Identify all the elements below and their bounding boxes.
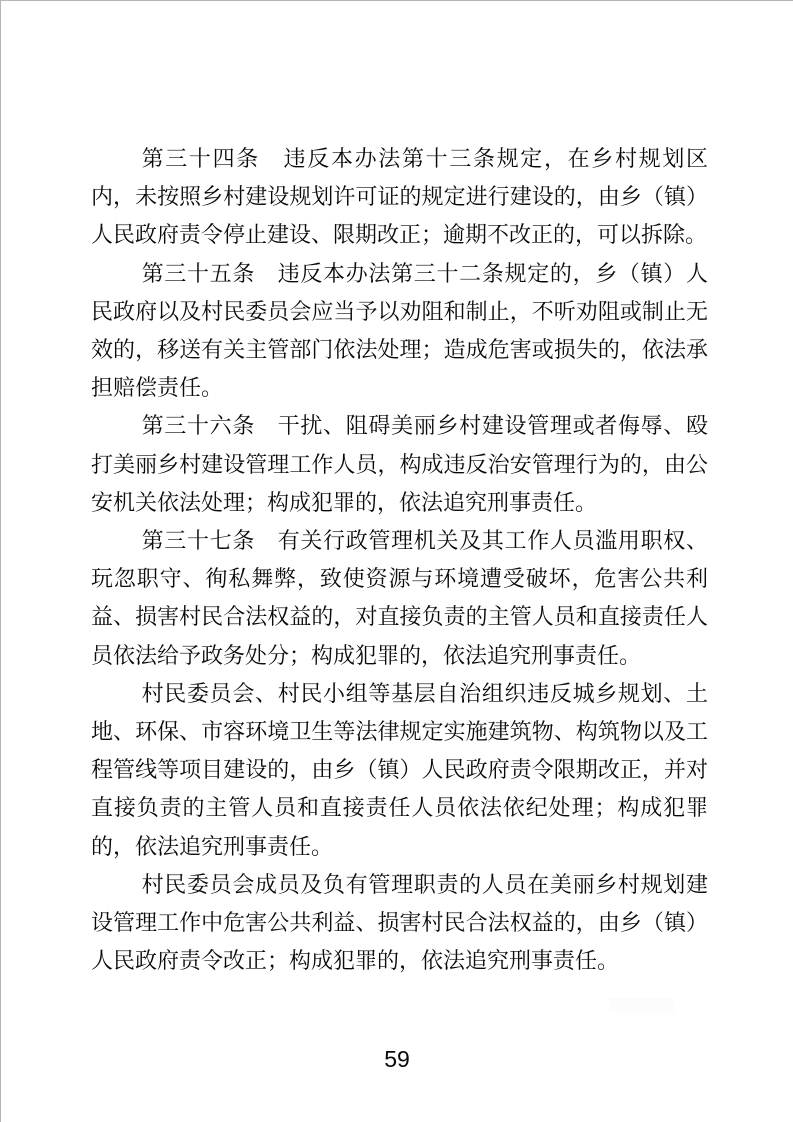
watermark-remnant xyxy=(609,998,674,1012)
page-number: 59 xyxy=(1,1047,793,1071)
article-paragraph-34: 第三十四条 违反本办法第十三条规定，在乡村规划区内，未按照乡村建设规划许可证的规… xyxy=(91,140,708,255)
article-paragraph-35: 第三十五条 违反本办法第三十二条规定的，乡（镇）人民政府以及村民委员会应当予以劝… xyxy=(91,255,708,408)
article-paragraph-37: 第三十七条 有关行政管理机关及其工作人员滥用职权、玩忽职守、徇私舞弊，致使资源与… xyxy=(91,522,708,675)
article-paragraph-36: 第三十六条 干扰、阻碍美丽乡村建设管理或者侮辱、殴打美丽乡村建设管理工作人员，构… xyxy=(91,407,708,522)
document-page: 第三十四条 违反本办法第十三条规定，在乡村规划区内，未按照乡村建设规划许可证的规… xyxy=(0,0,793,1122)
document-body: 第三十四条 违反本办法第十三条规定，在乡村规划区内，未按照乡村建设规划许可证的规… xyxy=(91,140,708,980)
body-paragraph-village-members: 村民委员会成员及负有管理职责的人员在美丽乡村规划建设管理工作中危害公共利益、损害… xyxy=(91,866,708,981)
body-paragraph-village-committee: 村民委员会、村民小组等基层自治组织违反城乡规划、土地、环保、市容环境卫生等法律规… xyxy=(91,675,708,866)
